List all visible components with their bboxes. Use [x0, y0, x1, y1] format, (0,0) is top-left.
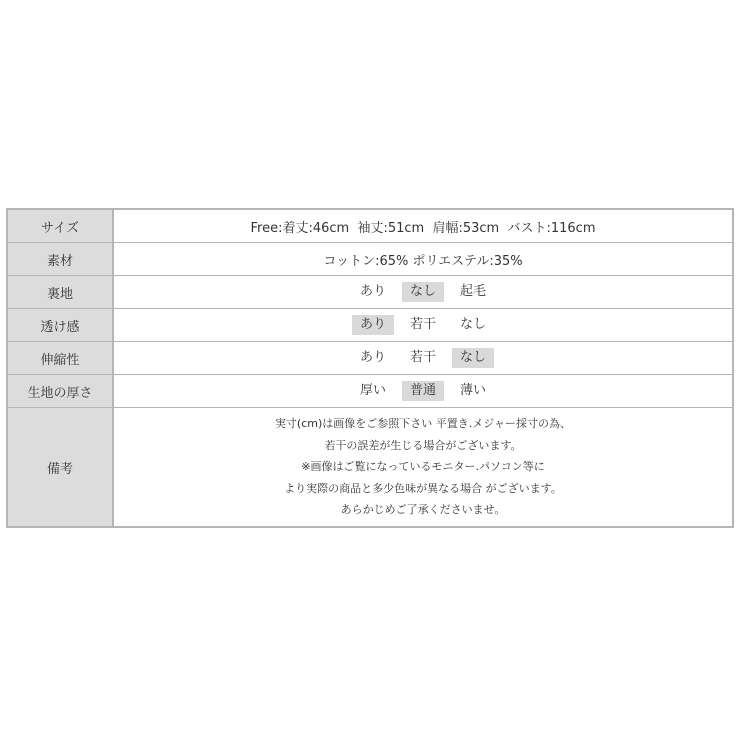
spec-label-lining: 裏地 — [7, 276, 113, 309]
spec-label-sheerness: 透け感 — [7, 309, 113, 342]
spec-label-material: 素材 — [7, 243, 113, 276]
spec-value-lining: ありなし起毛 — [113, 276, 733, 309]
sheerness-option-jakkan: 若干 — [402, 315, 444, 335]
lining-option-ari: あり — [352, 282, 394, 302]
spec-row-size: サイズ Free:着丈:46cm 袖丈:51cm 肩幅:53cm バスト:116… — [7, 209, 733, 243]
stretch-option-ari: あり — [352, 348, 394, 368]
spec-value-material: コットン:65% ポリエステル:35% — [113, 243, 733, 276]
notes-line: 若干の誤差が生じる場合がございます。 — [114, 435, 732, 457]
spec-value-size: Free:着丈:46cm 袖丈:51cm 肩幅:53cm バスト:116cm — [113, 209, 733, 243]
thickness-option-futsu-selected: 普通 — [402, 381, 444, 401]
spec-value-thickness: 厚い普通薄い — [113, 375, 733, 408]
notes-line: あらかじめご了承くださいませ。 — [114, 499, 732, 521]
sheerness-option-nashi: なし — [452, 315, 494, 335]
spec-label-thickness: 生地の厚さ — [7, 375, 113, 408]
thickness-option-atsui: 厚い — [352, 381, 394, 401]
size-value-text: Free:着丈:46cm 袖丈:51cm 肩幅:53cm バスト:116cm — [251, 217, 596, 236]
spec-value-sheerness: あり若干なし — [113, 309, 733, 342]
notes-line: 実寸(cm)は画像をご参照下さい 平置き.メジャー採寸の為、 — [114, 413, 732, 435]
stretch-option-jakkan: 若干 — [402, 348, 444, 368]
spec-label-size: サイズ — [7, 209, 113, 243]
spec-label-stretch: 伸縮性 — [7, 342, 113, 375]
material-value-text: コットン:65% ポリエステル:35% — [323, 250, 522, 269]
sheerness-option-ari-selected: あり — [352, 315, 394, 335]
lining-option-kimo: 起毛 — [452, 282, 494, 302]
spec-row-material: 素材 コットン:65% ポリエステル:35% — [7, 243, 733, 276]
spec-value-stretch: あり若干なし — [113, 342, 733, 375]
notes-text: 実寸(cm)は画像をご参照下さい 平置き.メジャー採寸の為、 若干の誤差が生じる… — [114, 413, 732, 521]
spec-value-notes: 実寸(cm)は画像をご参照下さい 平置き.メジャー採寸の為、 若干の誤差が生じる… — [113, 408, 733, 528]
thickness-option-usui: 薄い — [452, 381, 494, 401]
notes-line: より実際の商品と多少色味が異なる場合 がございます。 — [114, 478, 732, 500]
notes-line: ※画像はご覧になっているモニター.パソコン等に — [114, 456, 732, 478]
stretch-option-nashi-selected: なし — [452, 348, 494, 368]
spec-label-notes: 備考 — [7, 408, 113, 528]
lining-option-nashi-selected: なし — [402, 282, 444, 302]
product-spec-table: サイズ Free:着丈:46cm 袖丈:51cm 肩幅:53cm バスト:116… — [6, 208, 734, 528]
spec-row-lining: 裏地 ありなし起毛 — [7, 276, 733, 309]
spec-row-sheerness: 透け感 あり若干なし — [7, 309, 733, 342]
spec-row-thickness: 生地の厚さ 厚い普通薄い — [7, 375, 733, 408]
spec-row-stretch: 伸縮性 あり若干なし — [7, 342, 733, 375]
spec-row-notes: 備考 実寸(cm)は画像をご参照下さい 平置き.メジャー採寸の為、 若干の誤差が… — [7, 408, 733, 528]
